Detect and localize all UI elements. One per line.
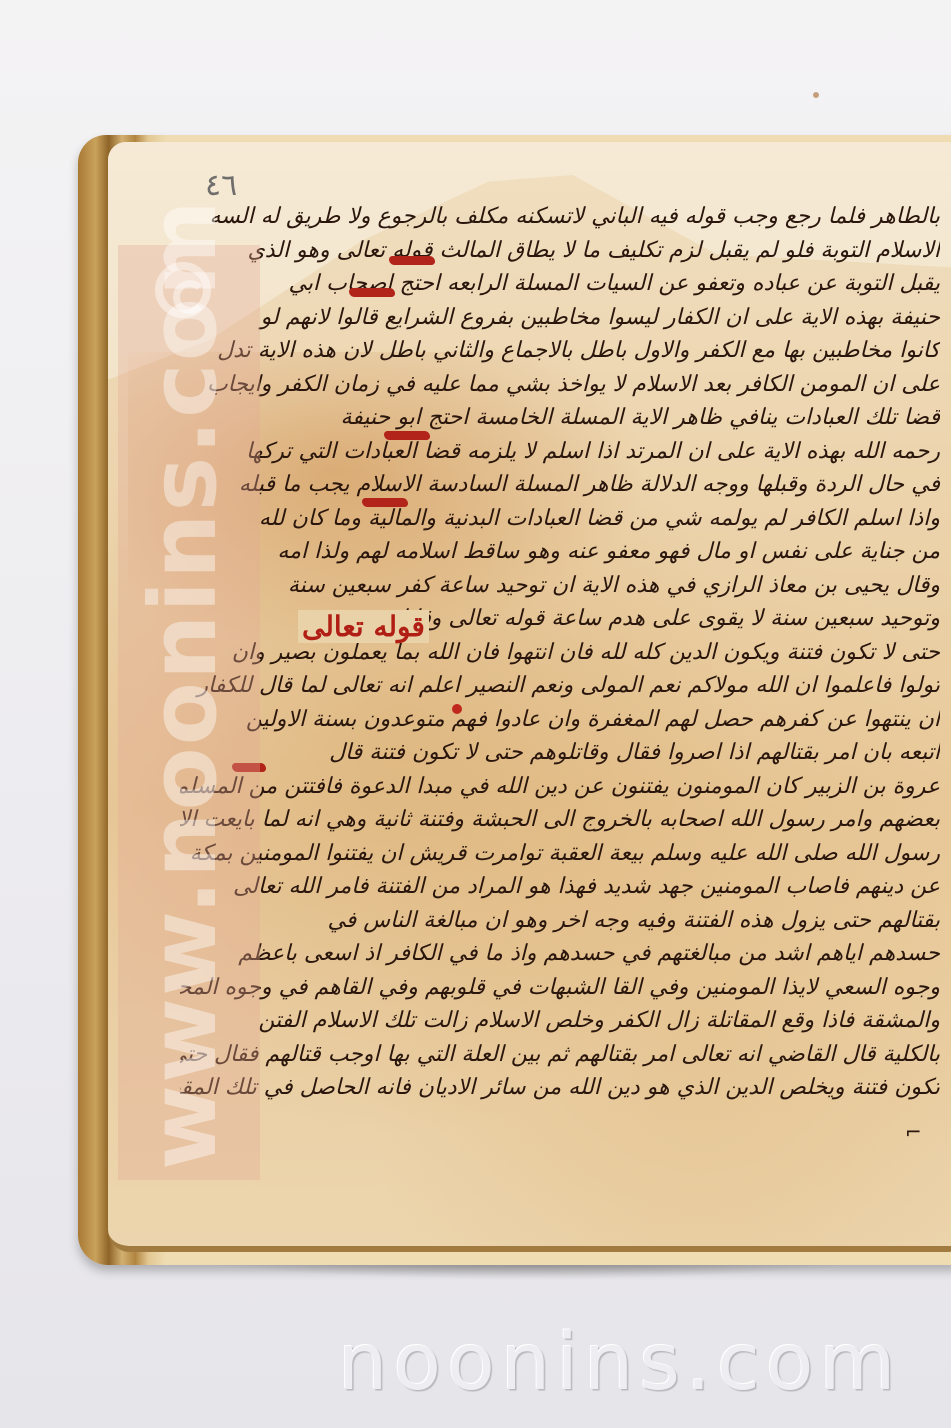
rubric-heading-text: قوله تعالى <box>302 610 425 643</box>
text-line: حسدهم اياهم اشد من مبالغتهم في حسدهم واذ… <box>180 937 940 971</box>
text-line: قضا تلك العبادات ينافي ظاهر الاية المسلة… <box>180 401 940 435</box>
stray-ink-dot <box>813 92 819 98</box>
watermark-vertical: www.noonins.com <box>130 198 237 1170</box>
text-line: ان ينتهوا عن كفرهم حصل لهم المغفرة وان ع… <box>180 703 940 737</box>
rubric-stroke <box>345 282 399 301</box>
text-line: رسول الله صلى الله عليه وسلم بيعة العقبة… <box>180 837 940 871</box>
rubric-stroke-mark <box>349 288 395 297</box>
text-line: واذا اسلم الكافر لم يولمه شي من قضا العب… <box>180 502 940 536</box>
margin-mark: ⌐ <box>905 1120 951 1160</box>
manuscript-text: بالطاهر فلما رجع وجب قوله فيه الباني لات… <box>180 200 940 1105</box>
text-line: وقال يحيى بن معاذ الرازي في هذه الاية ان… <box>180 569 940 603</box>
text-line: حنيفة بهذه الاية على ان الكفار ليسوا مخا… <box>180 301 940 335</box>
text-line: والمشقة فاذا وقع المقاتلة زال الكفر وخلص… <box>180 1004 940 1038</box>
rubric-stroke-mark <box>384 431 430 440</box>
text-line: على ان المومن الكافر بعد الاسلام لا يواخ… <box>180 368 940 402</box>
text-line: كانوا مخاطبين بها مع الكفر والاول باطل ب… <box>180 334 940 368</box>
text-line: بقتالهم حتى يزول هذه الفتنة وفيه وجه اخر… <box>180 904 940 938</box>
text-line: عن دينهم فاصاب المومنين جهد شديد فهذا هو… <box>180 870 940 904</box>
rubric-dot <box>448 698 466 717</box>
text-line: رحمه الله بهذه الاية على ان المرتد اذا ا… <box>180 435 940 469</box>
rubric-heading: قوله تعالى <box>298 610 429 643</box>
rubric-stroke <box>358 492 412 511</box>
rubric-stroke <box>380 425 434 444</box>
verse-end-dot <box>452 704 462 714</box>
text-line: من جناية على نفس او مال فهو معفو عنه وهو… <box>180 535 940 569</box>
rubric-stroke <box>385 250 439 269</box>
text-line: وتوحيد سبعين سنة لا يقوى على هدم ساعة قو… <box>363 606 940 631</box>
text-line: في حال الردة وقبلها ووجه الدلالة ظاهر ال… <box>180 468 940 502</box>
rubric-stroke-mark <box>362 498 408 507</box>
text-line: اتبعه بان امر بقتالهم اذا اصروا فقال وقا… <box>180 736 940 770</box>
text-line: بالطاهر فلما رجع وجب قوله فيه الباني لات… <box>180 200 940 234</box>
text-line-with-rubric: وتوحيد سبعين سنة لا يقوى على هدم ساعة قو… <box>180 602 940 636</box>
text-line: بالكلية قال القاضي انه تعالى امر بقتالهم… <box>180 1038 940 1072</box>
watermark-bottom: noonins.com <box>338 1318 901 1408</box>
text-line: وجوه السعي لايذا المومنين وفي القا الشبه… <box>180 971 940 1005</box>
text-line: تكون فتنة ويخلص الدين الذي هو دين الله م… <box>180 1071 940 1105</box>
text-line: الاسلام التوبة فلو لم يقبل لزم تكليف ما … <box>180 234 940 268</box>
text-line: يقبل التوبة عن عباده وتعفو عن السيات الم… <box>180 267 940 301</box>
text-line: بعضهم وامر رسول الله اصحابه بالخروج الى … <box>180 803 940 837</box>
text-line: تولوا فاعلموا ان الله مولاكم نعم المولى … <box>180 669 940 703</box>
text-line: حتى لا تكون فتنة ويكون الدين كله لله فان… <box>180 636 940 670</box>
rubric-stroke-mark <box>389 256 435 265</box>
text-line: عروة بن الزبير كان المومنون يفتنون عن دي… <box>180 770 940 804</box>
